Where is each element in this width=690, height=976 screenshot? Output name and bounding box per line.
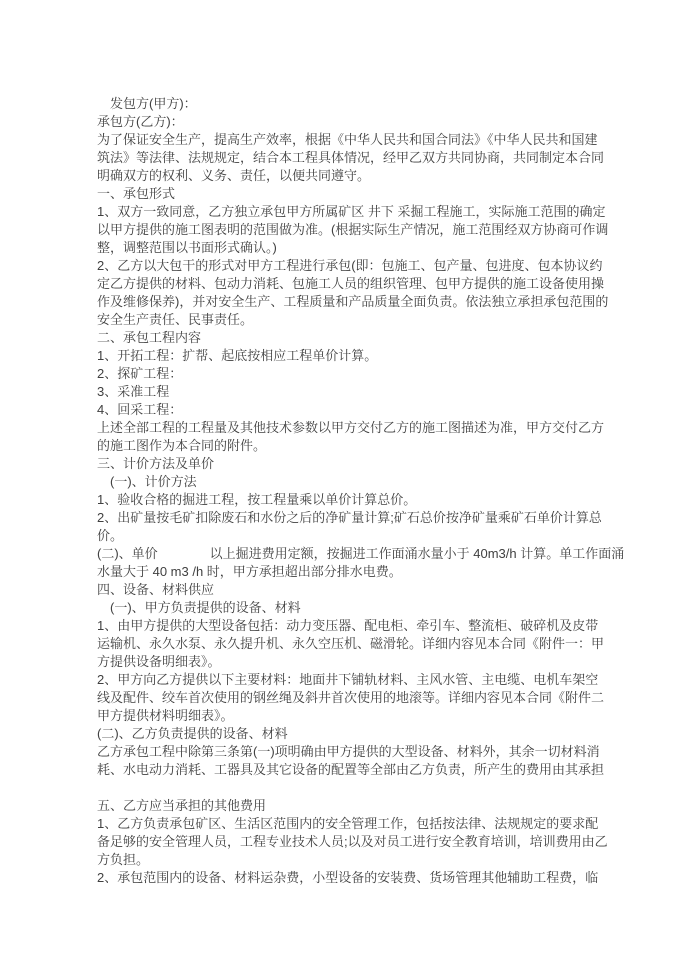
text-line: (二)、单价 以上掘进费用定额，按掘进工作面涌水量小于 40m3/h 计算。单工… bbox=[97, 545, 597, 563]
text-line: 上述全部工程的工程量及其他技术参数以甲方交付乙方的施工图描述为准，甲方交付乙方 bbox=[97, 419, 597, 437]
text-line: 2、承包范围内的设备、材料运杂费，小型设备的安装费、货场管理其他辅助工程费，临 bbox=[97, 869, 597, 887]
text-line: 一、承包形式 bbox=[97, 185, 597, 203]
text-line: 运输机、永久水泵、永久提升机、永久空压机、磁滑轮。详细内容见本合同《附件一：甲 bbox=[97, 635, 597, 653]
text-line: 水量大于 40 m3 /h 时，甲方承担超出部分排水电费。 bbox=[97, 563, 597, 581]
text-line: 为了保证安全生产，提高生产效率，根据《中华人民共和国合同法》《中华人民共和国建 bbox=[97, 131, 597, 149]
text-line: 线及配件、绞车首次使用的钢丝绳及斜井首次使用的地滚等。详细内容见本合同《附件二 bbox=[97, 689, 597, 707]
text-line: 明确双方的权利、义务、责任，以便共同遵守。 bbox=[97, 167, 597, 185]
text-line: 1、开拓工程：扩帮、起底按相应工程单价计算。 bbox=[97, 347, 597, 365]
text-line: 三、计价方法及单价 bbox=[97, 455, 597, 473]
text-line: 承包方(乙方)： bbox=[97, 113, 597, 131]
text-line: 耗、水电动力消耗、工器具及其它设备的配置等全部由乙方负责，所产生的费用由其承担 bbox=[97, 761, 597, 779]
document-page: 发包方(甲方)：承包方(乙方)：为了保证安全生产，提高生产效率，根据《中华人民共… bbox=[0, 0, 690, 976]
text-line: 安全生产责任、民事责任。 bbox=[97, 311, 597, 329]
text-line: 1、验收合格的掘进工程，按工程量乘以单价计算总价。 bbox=[97, 491, 597, 509]
text-line: 3、采准工程 bbox=[97, 383, 597, 401]
text-line: 方负担。 bbox=[97, 851, 597, 869]
text-line: 定乙方提供的材料、包动力消耗、包施工人员的组织管理、包甲方提供的施工设备使用操 bbox=[97, 275, 597, 293]
text-line: 价。 bbox=[97, 527, 597, 545]
text-line bbox=[97, 779, 597, 797]
text-line: 发包方(甲方)： bbox=[97, 95, 597, 113]
text-line: 五、乙方应当承担的其他费用 bbox=[97, 797, 597, 815]
contract-text-block: 发包方(甲方)：承包方(乙方)：为了保证安全生产，提高生产效率，根据《中华人民共… bbox=[97, 95, 597, 887]
text-line: 乙方承包工程中除第三条第(一)项明确由甲方提供的大型设备、材料外，其余一切材料消 bbox=[97, 743, 597, 761]
text-line: 甲方提供材料明细表》。 bbox=[97, 707, 597, 725]
text-line: 1、双方一致同意，乙方独立承包甲方所属矿区 井下 采掘工程施工，实际施工范围的确… bbox=[97, 203, 597, 221]
text-line: 四、设备、材料供应 bbox=[97, 581, 597, 599]
text-line: 的施工图作为本合同的附件。 bbox=[97, 437, 597, 455]
text-line: 备足够的安全管理人员，工程专业技术人员;以及对员工进行安全教育培训，培训费用由乙 bbox=[97, 833, 597, 851]
text-line: 4、回采工程： bbox=[97, 401, 597, 419]
text-line: 1、由甲方提供的大型设备包括：动力变压器、配电柜、牵引车、整流柜、破碎机及皮带 bbox=[97, 617, 597, 635]
text-line: 二、承包工程内容 bbox=[97, 329, 597, 347]
text-line: 整，调整范围以书面形式确认。) bbox=[97, 239, 597, 257]
text-line: 以甲方提供的施工图表明的范围做为准。(根据实际生产情况，施工范围经双方协商可作调 bbox=[97, 221, 597, 239]
text-line: (二)、乙方负责提供的设备、材料 bbox=[97, 725, 597, 743]
text-line: 2、探矿工程： bbox=[97, 365, 597, 383]
text-line: 筑法》等法律、法规规定，结合本工程具体情况，经甲乙双方共同协商，共同制定本合同 bbox=[97, 149, 597, 167]
text-line: 2、乙方以大包干的形式对甲方工程进行承包(即：包施工、包产量、包进度、包本协议约 bbox=[97, 257, 597, 275]
text-line: 1、乙方负责承包矿区、生活区范围内的安全管理工作，包括按法律、法规规定的要求配 bbox=[97, 815, 597, 833]
text-line: (一)、甲方负责提供的设备、材料 bbox=[97, 599, 597, 617]
text-line: (一)、计价方法 bbox=[97, 473, 597, 491]
text-line: 2、甲方向乙方提供以下主要材料：地面井下铺轨材料、主风水管、主电缆、电机车架空 bbox=[97, 671, 597, 689]
text-line: 方提供设备明细表》。 bbox=[97, 653, 597, 671]
text-line: 2、出矿量按毛矿扣除废石和水份之后的净矿量计算;矿石总价按净矿量乘矿石单价计算总 bbox=[97, 509, 597, 527]
text-line: 作及维修保养)，并对安全生产、工程质量和产品质量全面负责。依法独立承担承包范围的 bbox=[97, 293, 597, 311]
